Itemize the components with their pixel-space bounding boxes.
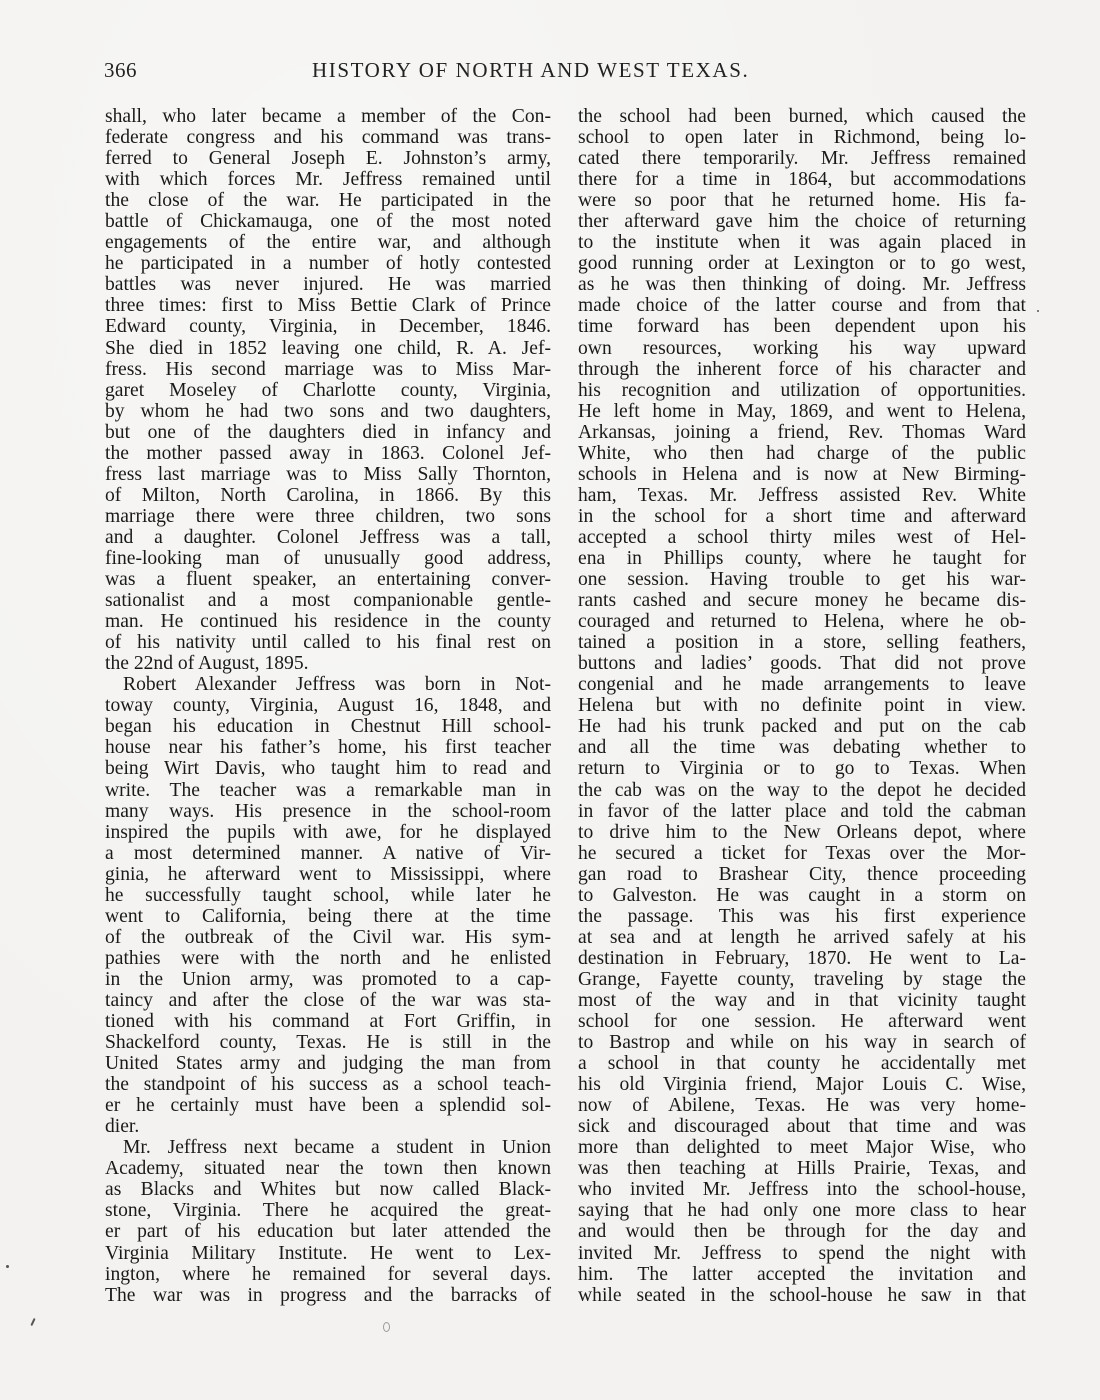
text-line: man. He continued his residence in the c… (105, 611, 551, 632)
text-line: He had his trunk packed and put on the c… (578, 716, 1026, 737)
text-line: inspired the pupils with awe, for he dis… (105, 822, 551, 843)
text-line: him. The latter accepted the invitation … (578, 1264, 1026, 1285)
text-line: the cab was on the way to the depot he d… (578, 780, 1026, 801)
scan-speck (383, 1322, 390, 1332)
text-line: the passage. This was his first experien… (578, 906, 1026, 927)
text-line: school for one session. He afterward wen… (578, 1011, 1026, 1032)
text-line: couraged and returned to Helena, where h… (578, 611, 1026, 632)
text-line: fress. His second marriage was to Miss M… (105, 359, 551, 380)
text-line: he secured a ticket for Texas over the M… (578, 843, 1026, 864)
text-line: now of Abilene, Texas. He was very home- (578, 1095, 1026, 1116)
text-line: most of the way and in that vicinity tau… (578, 990, 1026, 1011)
text-line: his old Virginia friend, Major Louis C. … (578, 1074, 1026, 1095)
text-line: to Bastrop and while on his way in searc… (578, 1032, 1026, 1053)
text-line: ham, Texas. Mr. Jeffress assisted Rev. W… (578, 485, 1026, 506)
text-line: he participated in a number of hotly con… (105, 253, 551, 274)
text-line: of his nativity until called to his fina… (105, 632, 551, 653)
text-line: ther afterward gave him the choice of re… (578, 211, 1026, 232)
text-line: She died in 1852 leaving one child, R. A… (105, 338, 551, 359)
text-line: to drive him to the New Orleans depot, w… (578, 822, 1026, 843)
text-line: marriage there were three children, two … (105, 506, 551, 527)
text-line: Helena but with no definite point in vie… (578, 695, 1026, 716)
text-line: buttons and ladies’ goods. That did not … (578, 653, 1026, 674)
text-line: tioned with his command at Fort Griffin,… (105, 1011, 551, 1032)
text-line: but one of the daughters died in infancy… (105, 422, 551, 443)
text-line: at sea and at length he arrived safely a… (578, 927, 1026, 948)
text-line: Virginia Military Institute. He went to … (105, 1243, 551, 1264)
text-line: who invited Mr. Jeffress into the school… (578, 1179, 1026, 1200)
scan-speck (6, 1265, 9, 1268)
text-line: schools in Helena and is now at New Birm… (578, 464, 1026, 485)
text-line: to the institute when it was again place… (578, 232, 1026, 253)
page-number: 366 (104, 58, 137, 83)
text-line: he successfully taught school, while lat… (105, 885, 551, 906)
text-line: many ways. His presence in the school-ro… (105, 801, 551, 822)
text-line: pathies were with the north and he enlis… (105, 948, 551, 969)
text-line: cated there temporarily. Mr. Jeffress re… (578, 148, 1026, 169)
text-line: Shackelford county, Texas. He is still i… (105, 1032, 551, 1053)
text-line: more than delighted to meet Major Wise, … (578, 1137, 1026, 1158)
text-line: Mr. Jeffress next became a student in Un… (105, 1137, 551, 1158)
text-line: United States army and judging the man f… (105, 1053, 551, 1074)
text-line: time forward has been dependent upon his (578, 316, 1026, 337)
text-line: invited Mr. Jeffress to spend the night … (578, 1243, 1026, 1264)
text-line: the school had been burned, which caused… (578, 106, 1026, 127)
text-line: ington, where he remained for several da… (105, 1264, 551, 1285)
text-line: a most determined manner. A native of Vi… (105, 843, 551, 864)
text-line: ginia, he afterward went to Mississippi,… (105, 864, 551, 885)
book-page: 366 HISTORY OF NORTH AND WEST TEXAS. sha… (0, 0, 1100, 1400)
text-line: the standpoint of his success as a schoo… (105, 1074, 551, 1095)
text-line: by whom he had two sons and two daughter… (105, 401, 551, 422)
text-line: Robert Alexander Jeffress was born in No… (105, 674, 551, 695)
text-line: er part of his education but later atten… (105, 1221, 551, 1242)
text-line: stone, Virginia. There he acquired the g… (105, 1200, 551, 1221)
text-line: began his education in Chestnut Hill sch… (105, 716, 551, 737)
text-line: shall, who later became a member of the … (105, 106, 551, 127)
text-line: three times: first to Miss Bettie Clark … (105, 295, 551, 316)
text-line: ferred to General Joseph E. Johnston’s a… (105, 148, 551, 169)
text-line: fress last marriage was to Miss Sally Th… (105, 464, 551, 485)
text-column-left: shall, who later became a member of the … (105, 106, 551, 1306)
text-line: made choice of the latter course and fro… (578, 295, 1026, 316)
text-line: being Wirt Davis, who taught him to read… (105, 758, 551, 779)
text-line: and a daughter. Colonel Jeffress was a t… (105, 527, 551, 548)
text-line: Arkansas, joining a friend, Rev. Thomas … (578, 422, 1026, 443)
scan-speck (30, 1318, 35, 1326)
text-line: his recognition and utilization of oppor… (578, 380, 1026, 401)
text-line: was then teaching at Hills Prairie, Texa… (578, 1158, 1026, 1179)
text-line: good running order at Lexington or to go… (578, 253, 1026, 274)
text-line: a school in that county he accidentally … (578, 1053, 1026, 1074)
text-line: went to California, being there at the t… (105, 906, 551, 927)
text-line: He left home in May, 1869, and went to H… (578, 401, 1026, 422)
text-line: White, who then had charge of the public (578, 443, 1026, 464)
text-line: house near his father’s home, his first … (105, 737, 551, 758)
text-line: the mother passed away in 1863. Colonel … (105, 443, 551, 464)
text-line: return to Virginia or to go to Texas. Wh… (578, 758, 1026, 779)
text-line: congenial and he made arrangements to le… (578, 674, 1026, 695)
running-head: 366 HISTORY OF NORTH AND WEST TEXAS. (104, 58, 1024, 88)
text-line: with which forces Mr. Jeffress remained … (105, 169, 551, 190)
text-line: accepted a school thirty miles west of H… (578, 527, 1026, 548)
text-line: sationalist and a most companionable gen… (105, 590, 551, 611)
text-line: write. The teacher was a remarkable man … (105, 780, 551, 801)
text-line: in the Union army, was promoted to a cap… (105, 969, 551, 990)
text-line: the close of the war. He participated in… (105, 190, 551, 211)
text-line: engagements of the entire war, and altho… (105, 232, 551, 253)
text-line: saying that he had only one more class t… (578, 1200, 1026, 1221)
text-column-right: the school had been burned, which caused… (578, 106, 1026, 1306)
text-line: rants cashed and secure money he became … (578, 590, 1026, 611)
text-line: was a fluent speaker, an entertaining co… (105, 569, 551, 590)
text-line: while seated in the school-house he saw … (578, 1285, 1026, 1306)
text-line: and would then be through for the day an… (578, 1221, 1026, 1242)
text-line: through the inherent force of his charac… (578, 359, 1026, 380)
text-line: own resources, working his way upward (578, 338, 1026, 359)
text-line: fine-looking man of unusually good addre… (105, 548, 551, 569)
text-line: school to open later in Richmond, being … (578, 127, 1026, 148)
text-line: in favor of the latter place and told th… (578, 801, 1026, 822)
text-line: toway county, Virginia, August 16, 1848,… (105, 695, 551, 716)
text-line: Edward county, Virginia, in December, 18… (105, 316, 551, 337)
text-line: Academy, situated near the town then kno… (105, 1158, 551, 1179)
text-line: taincy and after the close of the war wa… (105, 990, 551, 1011)
text-line: tained a position in a store, selling fe… (578, 632, 1026, 653)
text-line: sick and discouraged about that time and… (578, 1116, 1026, 1137)
text-line: gan road to Brashear City, thence procee… (578, 864, 1026, 885)
text-line: battles was never injured. He was marrie… (105, 274, 551, 295)
text-line: battle of Chickamauga, one of the most n… (105, 211, 551, 232)
text-line: of Milton, North Carolina, in 1866. By t… (105, 485, 551, 506)
running-title: HISTORY OF NORTH AND WEST TEXAS. (312, 58, 749, 83)
scan-speck (1037, 310, 1039, 312)
text-line: to Galveston. He was caught in a storm o… (578, 885, 1026, 906)
text-line: there for a time in 1864, but accommodat… (578, 169, 1026, 190)
text-line: as he was then thinking of doing. Mr. Je… (578, 274, 1026, 295)
text-line: garet Moseley of Charlotte county, Virgi… (105, 380, 551, 401)
text-line: one session. Having trouble to get his w… (578, 569, 1026, 590)
text-line: the 22nd of August, 1895. (105, 653, 551, 674)
text-line: as Blacks and Whites but now called Blac… (105, 1179, 551, 1200)
text-line: ena in Phillips county, where he taught … (578, 548, 1026, 569)
text-line: The war was in progress and the barracks… (105, 1285, 551, 1306)
text-line: of the outbreak of the Civil war. His sy… (105, 927, 551, 948)
text-line: and all the time was debating whether to (578, 737, 1026, 758)
text-line: federate congress and his command was tr… (105, 127, 551, 148)
text-line: destination in February, 1870. He went t… (578, 948, 1026, 969)
text-line: Grange, Fayette county, traveling by sta… (578, 969, 1026, 990)
text-line: er he certainly must have been a splendi… (105, 1095, 551, 1116)
text-line: dier. (105, 1116, 551, 1137)
text-line: were so poor that he returned home. His … (578, 190, 1026, 211)
text-line: in the school for a short time and after… (578, 506, 1026, 527)
